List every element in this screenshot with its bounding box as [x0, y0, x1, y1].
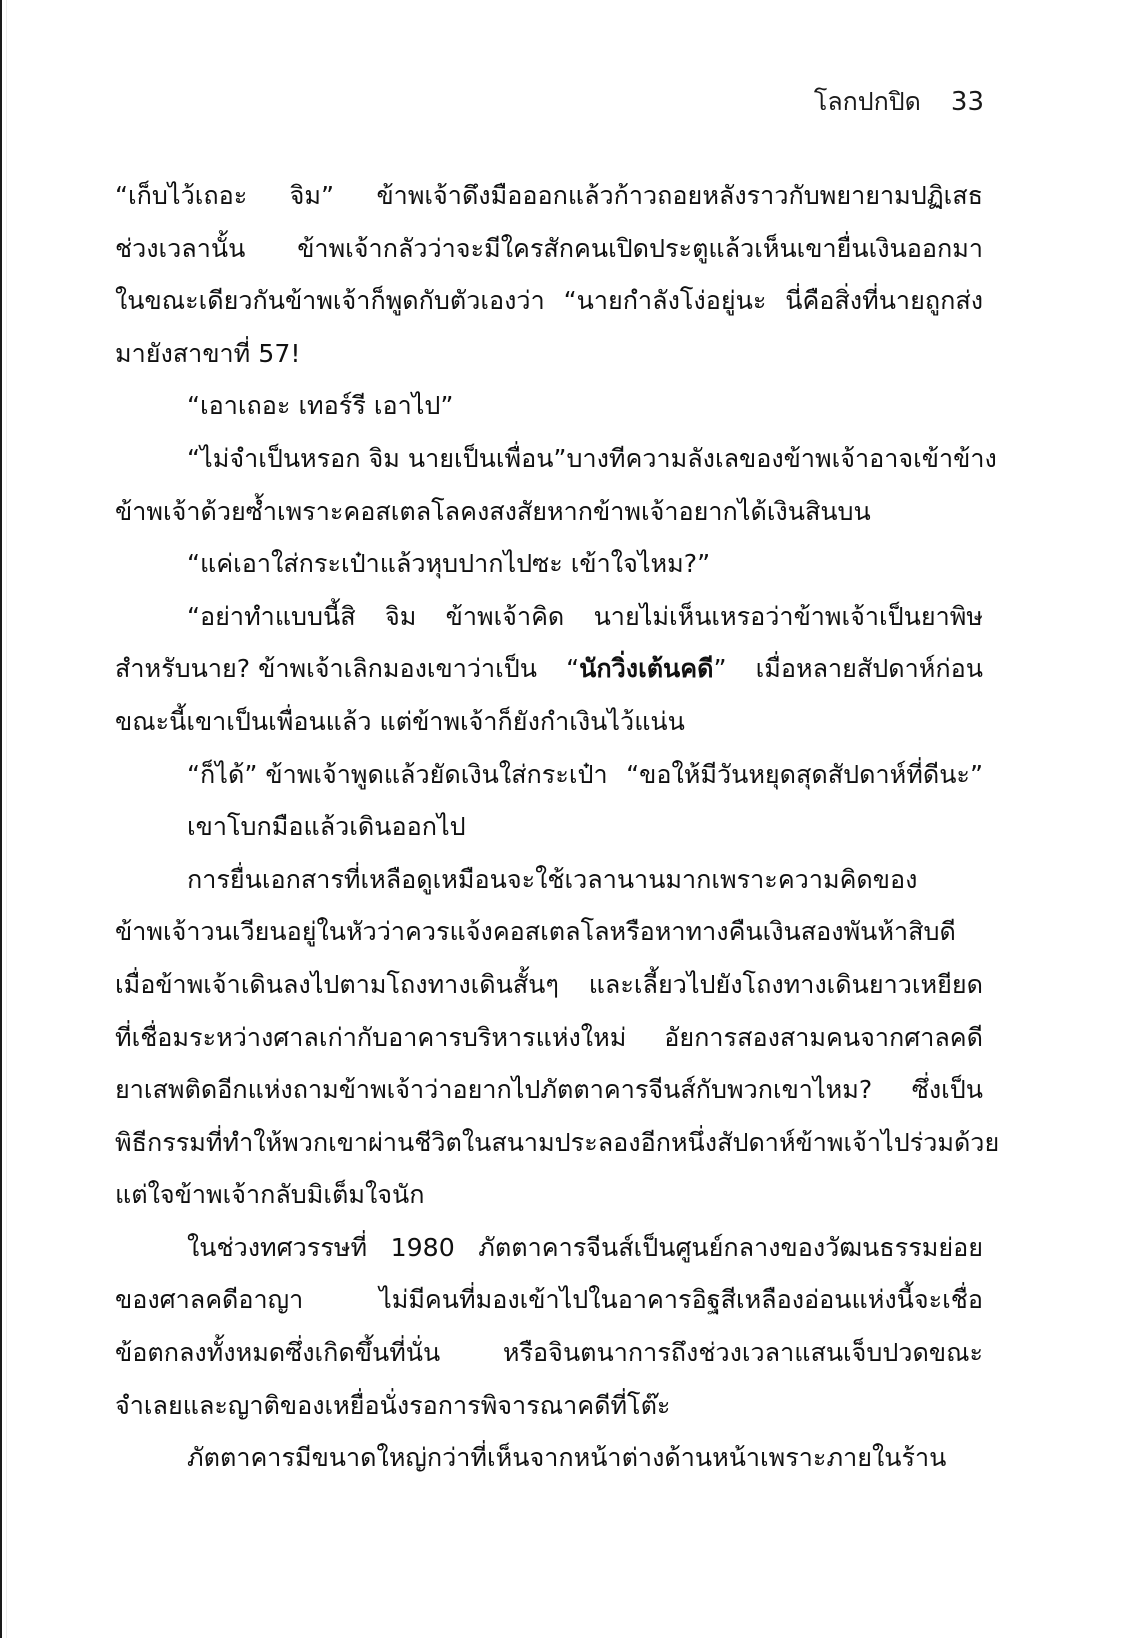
text-segment: ยาเสพติดอีกแห่งถามข้าพเจ้าว่าอยากไปภัตตา…: [115, 1064, 872, 1117]
text-line: ข้อตกลงทั้งหมดซึ่งเกิดขึ้นที่นั่นหรือจิน…: [115, 1327, 983, 1380]
text-segment: “ก็ได้” ข้าพเจ้าพูดแล้วยัดเงินใส่กระเป๋า: [187, 749, 608, 802]
text-segment: “นายกำลังโง่อยู่นะ: [564, 275, 767, 328]
text-segment: ในขณะเดียวกันข้าพเจ้าก็พูดกับตัวเองว่า: [115, 275, 545, 328]
body-text: “เก็บไว้เถอะจิม”ข้าพเจ้าดึงมือออกแล้วก้า…: [115, 170, 983, 1485]
book-title: โลกปกปิด: [814, 82, 921, 122]
text-segment: “อย่าทำแบบนี้สิ: [187, 591, 356, 644]
text-line: ยาเสพติดอีกแห่งถามข้าพเจ้าว่าอยากไปภัตตา…: [115, 1064, 983, 1117]
running-head: โลกปกปิด 33: [814, 84, 984, 120]
text-segment: ข้าพเจ้ากลัวว่าจะมีใครสักคนเปิดประตูแล้ว…: [297, 223, 983, 276]
text-line: ช่วงเวลานั้นข้าพเจ้ากลัวว่าจะมีใครสักคนเ…: [115, 223, 983, 276]
text-segment: ข้าพเจ้าวนเวียนอยู่ในหัวว่าควรแจ้งคอสเตล…: [115, 906, 956, 959]
page-left-edge: [0, 0, 2, 1638]
bold-term: นักวิ่งเต้นคดี: [579, 654, 713, 683]
text-line: ขณะนี้เขาเป็นเพื่อนแล้ว แต่ข้าพเจ้าก็ยัง…: [115, 696, 983, 749]
text-segment: 1980: [391, 1222, 455, 1275]
paragraph-first-line: “เอาเถอะ เทอร์รี เอาไป”: [115, 380, 983, 433]
paragraph-first-line: ภัตตาคารมีขนาดใหญ่กว่าที่เห็นจากหน้าต่าง…: [115, 1432, 983, 1485]
text-line: สำหรับนาย? ข้าพเจ้าเลิกมองเขาว่าเป็น“นัก…: [115, 643, 983, 696]
text-segment: บางทีความลังเลของข้าพเจ้าอาจเข้าข้าง: [566, 433, 996, 486]
text-segment: เขาโบกมือแล้วเดินออกไป: [187, 801, 466, 854]
paragraph-first-line: ในช่วงทศวรรษที่1980ภัตตาคารจีนส์เป็นศูนย…: [115, 1222, 983, 1275]
text-segment: แต่ใจข้าพเจ้ากลับมิเต็มใจนัก: [115, 1169, 425, 1222]
paragraph-first-line: “อย่าทำแบบนี้สิจิมข้าพเจ้าคิดนายไม่เห็นเ…: [115, 591, 983, 644]
text-segment: สำหรับนาย? ข้าพเจ้าเลิกมองเขาว่าเป็น: [115, 643, 537, 696]
page-number: 33: [951, 87, 984, 117]
text-segment: ข้าพเจ้าดึงมือออกแล้วก้าวถอยหลังราวกับพย…: [376, 170, 983, 223]
text-segment: ข้อตกลงทั้งหมดซึ่งเกิดขึ้นที่นั่น: [115, 1327, 440, 1380]
text-segment: ภัตตาคารจีนส์เป็นศูนย์กลางของวัฒนธรรมย่อ…: [478, 1222, 983, 1275]
text-line: พิธีกรรมที่ทำให้พวกเขาผ่านชีวิตในสนามประ…: [115, 1117, 983, 1170]
text-segment: เมื่อหลายสัปดาห์ก่อน: [756, 643, 983, 696]
text-segment: ขณะนี้เขาเป็นเพื่อนแล้ว แต่ข้าพเจ้าก็ยัง…: [115, 696, 685, 749]
text-segment: มายังสาขาที่ 57!: [115, 328, 300, 381]
text-segment: ไม่มีคนที่มองเข้าไปในอาคารอิฐสีเหลืองอ่อ…: [379, 1274, 983, 1327]
text-line: เมื่อข้าพเจ้าเดินลงไปตามโถงทางเดินสั้นๆแ…: [115, 959, 983, 1012]
text-segment: พิธีกรรมที่ทำให้พวกเขาผ่านชีวิตในสนามประ…: [115, 1117, 796, 1170]
text-segment: เมื่อข้าพเจ้าเดินลงไปตามโถงทางเดินสั้นๆ: [115, 959, 559, 1012]
text-segment: “ไม่จำเป็นหรอก จิม นายเป็นเพื่อน”: [187, 433, 566, 486]
text-segment: “นักวิ่งเต้นคดี”: [566, 643, 726, 696]
text-segment: ที่เชื่อมระหว่างศาลเก่ากับอาคารบริหารแห่…: [115, 1012, 626, 1065]
text-segment: ข้าพเจ้าด้วยซ้ำเพราะคอสเตลโลคงสงสัยหากข้…: [115, 486, 871, 539]
text-segment: “เก็บไว้เถอะ: [115, 170, 247, 223]
paragraph-first-line: การยื่นเอกสารที่เหลือดูเหมือนจะใช้เวลานา…: [115, 854, 983, 907]
text-line: มายังสาขาที่ 57!: [115, 328, 983, 381]
text-segment: จิม: [385, 591, 416, 644]
text-line: แต่ใจข้าพเจ้ากลับมิเต็มใจนัก: [115, 1169, 983, 1222]
text-segment: จำเลยและญาติของเหยื่อนั่งรอการพิจารณาคดี…: [115, 1380, 670, 1433]
text-segment: ในช่วงทศวรรษที่: [187, 1222, 367, 1275]
text-segment: “แค่เอาใส่กระเป๋าแล้วหุบปากไปซะ เข้าใจไห…: [187, 538, 710, 591]
text-segment: ซึ่งเป็น: [912, 1064, 983, 1117]
text-segment: ข้าพเจ้าคิด: [446, 591, 565, 644]
text-line: ของศาลคดีอาญาไม่มีคนที่มองเข้าไปในอาคารอ…: [115, 1274, 983, 1327]
text-line: “เก็บไว้เถอะจิม”ข้าพเจ้าดึงมือออกแล้วก้า…: [115, 170, 983, 223]
text-segment: ข้าพเจ้าไปร่วมด้วย: [796, 1117, 1000, 1170]
text-segment: ช่วงเวลานั้น: [115, 223, 245, 276]
text-line: ที่เชื่อมระหว่างศาลเก่ากับอาคารบริหารแห่…: [115, 1012, 983, 1065]
paragraph-first-line: “ก็ได้” ข้าพเจ้าพูดแล้วยัดเงินใส่กระเป๋า…: [115, 749, 983, 802]
gutter-line: [6, 0, 7, 1638]
text-segment: อัยการสองสามคนจากศาลคดี: [664, 1012, 983, 1065]
text-segment: นี่คือสิ่งที่นายถูกส่ง: [785, 275, 983, 328]
text-line: ในขณะเดียวกันข้าพเจ้าก็พูดกับตัวเองว่า“น…: [115, 275, 983, 328]
text-segment: การยื่นเอกสารที่เหลือดูเหมือนจะใช้เวลานา…: [187, 854, 917, 907]
text-segment: “เอาเถอะ เทอร์รี เอาไป”: [187, 380, 453, 433]
text-segment: นายไม่เห็นเหรอว่าข้าพเจ้าเป็นยาพิษ: [594, 591, 983, 644]
text-line: จำเลยและญาติของเหยื่อนั่งรอการพิจารณาคดี…: [115, 1380, 983, 1433]
text-segment: จิม”: [290, 170, 334, 223]
text-segment: ของศาลคดีอาญา: [115, 1274, 303, 1327]
paragraph-first-line: “แค่เอาใส่กระเป๋าแล้วหุบปากไปซะ เข้าใจไห…: [115, 538, 983, 591]
text-line: ข้าพเจ้าวนเวียนอยู่ในหัวว่าควรแจ้งคอสเตล…: [115, 906, 983, 959]
text-line: ข้าพเจ้าด้วยซ้ำเพราะคอสเตลโลคงสงสัยหากข้…: [115, 486, 983, 539]
text-segment: “ขอให้มีวันหยุดสุดสัปดาห์ที่ดีนะ”: [626, 749, 983, 802]
text-segment: และเลี้ยวไปยังโถงทางเดินยาวเหยียด: [589, 959, 983, 1012]
text-segment: หรือจินตนาการถึงช่วงเวลาแสนเจ็บปวดขณะ: [503, 1327, 983, 1380]
text-segment: ภัตตาคารมีขนาดใหญ่กว่าที่เห็นจากหน้าต่าง…: [187, 1432, 946, 1485]
paragraph-first-line: “ไม่จำเป็นหรอก จิม นายเป็นเพื่อน”บางทีคว…: [115, 433, 983, 486]
paragraph-first-line: เขาโบกมือแล้วเดินออกไป: [115, 801, 983, 854]
